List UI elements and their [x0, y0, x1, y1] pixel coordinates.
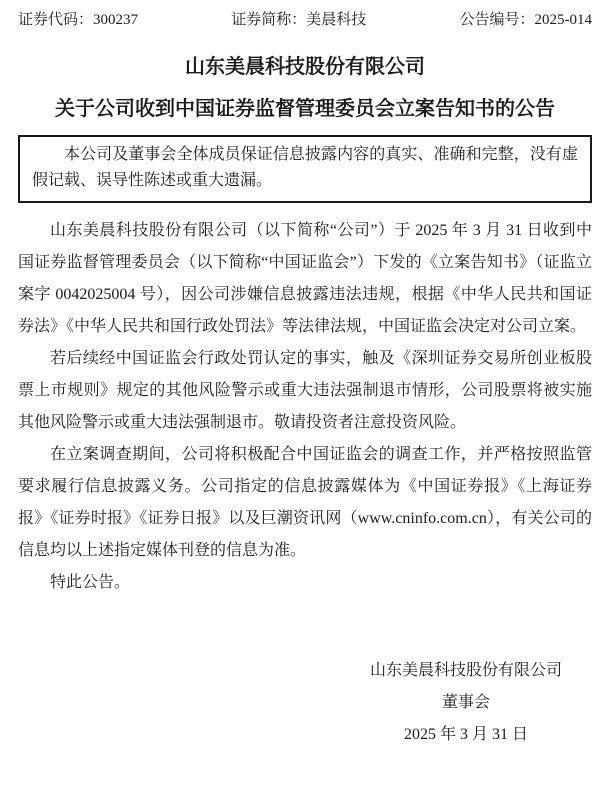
stock-short-name: 证券简称：美晨科技	[231, 10, 366, 30]
announcement-body: 山东美晨科技股份有限公司（以下简称“公司”）于 2025 年 3 月 31 日收…	[18, 215, 592, 599]
body-paragraph-3: 在立案调查期间，公司将积极配合中国证监会的调查工作，并严格按照监管要求履行信息披…	[18, 439, 592, 567]
signature-block: 山东美晨科技股份有限公司 董事会 2025 年 3 月 31 日	[370, 655, 562, 751]
stock-code: 证券代码：300237	[18, 10, 138, 30]
signature-company: 山东美晨科技股份有限公司	[370, 655, 562, 687]
announcement-number: 公告编号：2025-014	[460, 10, 593, 30]
announcement-document: 证券代码：300237 证券简称：美晨科技 公告编号：2025-014 山东美晨…	[0, 0, 610, 789]
company-name-title: 山东美晨科技股份有限公司	[18, 55, 592, 79]
closing-line: 特此公告。	[18, 567, 592, 599]
signature-date: 2025 年 3 月 31 日	[370, 719, 562, 751]
integrity-statement-box: 本公司及董事会全体成员保证信息披露内容的真实、准确和完整，没有虚假记载、误导性陈…	[18, 135, 592, 203]
body-paragraph-1: 山东美晨科技股份有限公司（以下简称“公司”）于 2025 年 3 月 31 日收…	[18, 215, 592, 343]
integrity-statement-text: 本公司及董事会全体成员保证信息披露内容的真实、准确和完整，没有虚假记载、误导性陈…	[32, 142, 578, 194]
body-paragraph-2: 若后续经中国证监会行政处罚认定的事实，触及《深圳证券交易所创业板股票上市规则》规…	[18, 343, 592, 439]
signature-signer: 董事会	[370, 687, 562, 719]
announcement-title: 关于公司收到中国证券监督管理委员会立案告知书的公告	[18, 97, 592, 121]
document-header: 证券代码：300237 证券简称：美晨科技 公告编号：2025-014	[18, 8, 592, 30]
